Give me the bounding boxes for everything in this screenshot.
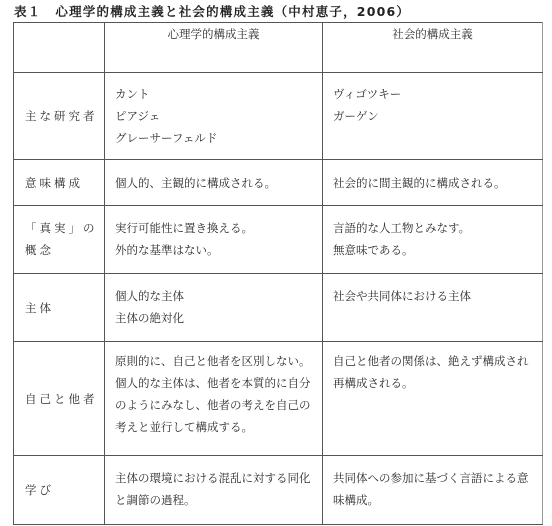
cell-line: と調節の過程。 bbox=[115, 489, 312, 511]
cell-line: 社会的に間主観的に構成される。 bbox=[333, 172, 532, 194]
cell-line: 主体の環境における混乱に対する同化 bbox=[115, 467, 312, 489]
cell-line: グレーサーフェルド bbox=[115, 127, 312, 149]
table-row-learning: 学び 主体の環境における混乱に対する同化 と調節の過程。 共同体への参加に基づく… bbox=[14, 456, 543, 525]
social-cell: 共同体への参加に基づく言語による意 味構成。 bbox=[323, 456, 543, 525]
label-line: 意味構成 bbox=[25, 172, 104, 194]
cell-line: のようにみなし、他者の考えを自己の bbox=[115, 394, 312, 416]
table-row-self-and-others: 自己と他者 原則的に、自己と他者を区別しない。 個人的な主体は、他者を本質的に自… bbox=[14, 342, 543, 456]
table-title: 心理学的構成主義と社会的構成主義（中村恵子，2006） bbox=[55, 4, 410, 19]
social-cell: ヴィゴツキー ガーゲン bbox=[323, 73, 543, 160]
cell-line: ピアジェ bbox=[115, 105, 312, 127]
cell-line: 再構成される。 bbox=[333, 372, 532, 394]
header-row: 心理学的構成主義 社会的構成主義 bbox=[14, 23, 543, 73]
cell-line: 言語的な人工物とみなす。 bbox=[333, 217, 532, 239]
psychological-cell: カント ピアジェ グレーサーフェルド bbox=[105, 73, 323, 160]
psychological-cell: 個人的、主観的に構成される。 bbox=[105, 160, 323, 206]
cell-line: 社会や共同体における主体 bbox=[333, 285, 532, 307]
cell-line: 個人的な主体 bbox=[115, 285, 312, 307]
table-row-researchers: 主な研究者 カント ピアジェ グレーサーフェルド ヴィゴツキー ガーゲン bbox=[14, 73, 543, 160]
psychological-cell: 個人的な主体 主体の絶対化 bbox=[105, 274, 323, 342]
label-line: 「真実」の bbox=[25, 217, 94, 239]
social-cell: 社会や共同体における主体 bbox=[323, 274, 543, 342]
label-line: 学び bbox=[25, 479, 104, 501]
row-label: 学び bbox=[14, 456, 105, 525]
social-cell: 社会的に間主観的に構成される。 bbox=[323, 160, 543, 206]
row-label: 主体 bbox=[14, 274, 105, 342]
social-cell: 言語的な人工物とみなす。 無意味である。 bbox=[323, 206, 543, 274]
cell-line: 個人的な主体は、他者を本質的に自分 bbox=[115, 372, 312, 394]
header-social-constructivism: 社会的構成主義 bbox=[323, 23, 543, 73]
cell-line: 共同体への参加に基づく言語による意 bbox=[333, 467, 532, 489]
cell-line: 実行可能性に置き換える。 bbox=[115, 217, 312, 239]
label-line: 主な研究者 bbox=[25, 105, 104, 127]
table-number: 表１ bbox=[14, 4, 41, 19]
cell-line: ヴィゴツキー bbox=[333, 83, 532, 105]
psychological-cell: 主体の環境における混乱に対する同化 と調節の過程。 bbox=[105, 456, 323, 525]
psychological-cell: 原則的に、自己と他者を区別しない。 個人的な主体は、他者を本質的に自分 のように… bbox=[105, 342, 323, 456]
row-label: 意味構成 bbox=[14, 160, 105, 206]
row-label: 自己と他者 bbox=[14, 342, 105, 456]
cell-line: 考えと並行して構成する。 bbox=[115, 416, 312, 438]
cell-line: 外的な基準はない。 bbox=[115, 239, 312, 261]
cell-line: ガーゲン bbox=[333, 105, 532, 127]
table-caption: 表１心理学的構成主義と社会的構成主義（中村恵子，2006） bbox=[14, 2, 410, 20]
cell-line: 個人的、主観的に構成される。 bbox=[115, 172, 312, 194]
comparison-table: 心理学的構成主義 社会的構成主義 主な研究者 カント ピアジェ グレーサーフェル… bbox=[13, 22, 543, 525]
table-row-subject: 主体 個人的な主体 主体の絶対化 社会や共同体における主体 bbox=[14, 274, 543, 342]
table-row-truth-concept: 「真実」の 概念 実行可能性に置き換える。 外的な基準はない。 言語的な人工物と… bbox=[14, 206, 543, 274]
social-cell: 自己と他者の関係は、絶えず構成され 再構成される。 bbox=[323, 342, 543, 456]
row-label: 主な研究者 bbox=[14, 73, 105, 160]
cell-line: 原則的に、自己と他者を区別しない。 bbox=[115, 350, 312, 372]
cell-line: 主体の絶対化 bbox=[115, 307, 312, 329]
label-line: 主体 bbox=[25, 297, 104, 319]
row-label: 「真実」の 概念 bbox=[14, 206, 105, 274]
cell-line: 無意味である。 bbox=[333, 239, 532, 261]
header-psychological-constructivism: 心理学的構成主義 bbox=[105, 23, 323, 73]
cell-line: 自己と他者の関係は、絶えず構成され bbox=[333, 350, 532, 372]
psychological-cell: 実行可能性に置き換える。 外的な基準はない。 bbox=[105, 206, 323, 274]
table-row-meaning-construction: 意味構成 個人的、主観的に構成される。 社会的に間主観的に構成される。 bbox=[14, 160, 543, 206]
cell-line: 味構成。 bbox=[333, 489, 532, 511]
header-empty bbox=[14, 23, 105, 73]
cell-line: カント bbox=[115, 83, 312, 105]
label-line: 概念 bbox=[25, 239, 94, 261]
label-line: 自己と他者 bbox=[25, 388, 104, 410]
